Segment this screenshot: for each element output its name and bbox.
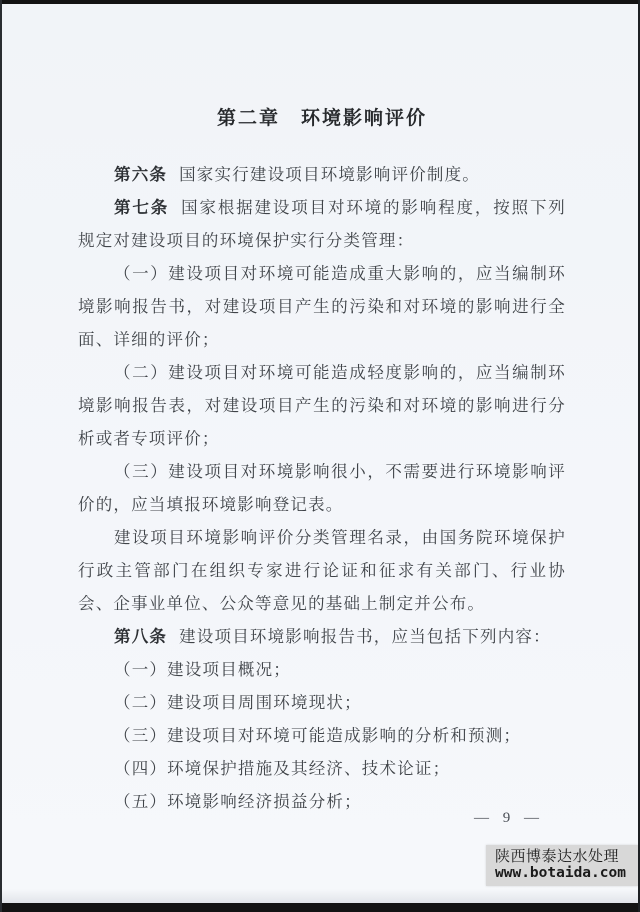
paragraph: （二）建设项目周围环境现状； <box>78 686 566 719</box>
paragraph: （三）建设项目对环境影响很小，不需要进行环境影响评价的，应当填报环境影响登记表。 <box>78 455 566 521</box>
paragraph: （一）建设项目对环境可能造成重大影响的，应当编制环境影响报告书，对建设项目产生的… <box>78 257 566 356</box>
page-number: — 9 — <box>474 810 544 827</box>
article-number: 第六条 <box>114 165 167 184</box>
page-body: 第六条国家实行建设项目环境影响评价制度。 第七条国家根据建设项目对环境的影响程度… <box>78 158 566 818</box>
paragraph-text: （三）建设项目对环境影响很小，不需要进行环境影响评价的，应当填报环境影响登记表。 <box>78 462 566 514</box>
scan-border-bottom <box>0 903 640 912</box>
watermark-company: 陕西博泰达水处理 <box>495 848 631 865</box>
paragraph-text: （四）环境保护措施及其经济、技术论证； <box>114 759 450 778</box>
paragraph: 第八条建设项目环境影响报告书，应当包括下列内容： <box>78 620 566 653</box>
paragraph: 第七条国家根据建设项目对环境的影响程度，按照下列规定对建设项目的环境保护实行分类… <box>78 191 566 257</box>
paragraph-text: 国家实行建设项目环境影响评价制度。 <box>179 165 480 184</box>
scan-border-top <box>0 0 640 4</box>
paragraph: （三）建设项目对环境可能造成影响的分析和预测； <box>78 719 566 752</box>
article-number: 第八条 <box>114 627 167 646</box>
chapter-title: 第二章 环境影响评价 <box>78 104 566 134</box>
paragraph-text: （一）建设项目概况； <box>114 660 291 679</box>
paragraph: 建设项目环境影响评价分类管理名录，由国务院环境保护行政主管部门在组织专家进行论证… <box>78 521 566 620</box>
scan-border-left <box>0 0 2 912</box>
paragraph-text: （三）建设项目对环境可能造成影响的分析和预测； <box>114 726 521 745</box>
paragraph-text: （一）建设项目对环境可能造成重大影响的，应当编制环境影响报告书，对建设项目产生的… <box>78 264 566 349</box>
paragraph-text: （二）建设项目周围环境现状； <box>114 693 362 712</box>
watermark: 陕西博泰达水处理 www.botaida.com <box>486 845 638 886</box>
page: 第二章 环境影响评价 第六条国家实行建设项目环境影响评价制度。 第七条国家根据建… <box>0 0 640 912</box>
paragraph: 第六条国家实行建设项目环境影响评价制度。 <box>78 158 566 191</box>
paragraph-text: 建设项目环境影响评价分类管理名录，由国务院环境保护行政主管部门在组织专家进行论证… <box>78 528 566 613</box>
scan-shading <box>0 889 640 903</box>
paragraph: （四）环境保护措施及其经济、技术论证； <box>78 752 566 785</box>
article-number: 第七条 <box>114 198 169 217</box>
paragraph-text: 建设项目环境影响报告书，应当包括下列内容： <box>179 627 551 646</box>
paragraph: （一）建设项目概况； <box>78 653 566 686</box>
paragraph-text: （二）建设项目对环境可能造成轻度影响的，应当编制环境影响报告表，对建设项目产生的… <box>78 363 566 448</box>
paragraph-text: （五）环境影响经济损益分析； <box>114 792 362 811</box>
scanned-page: { "page": { "chapter_title": "第二章 环境影响评价… <box>0 0 640 912</box>
watermark-url: www.botaida.com <box>495 865 631 882</box>
paragraph: （二）建设项目对环境可能造成轻度影响的，应当编制环境影响报告表，对建设项目产生的… <box>78 356 566 455</box>
